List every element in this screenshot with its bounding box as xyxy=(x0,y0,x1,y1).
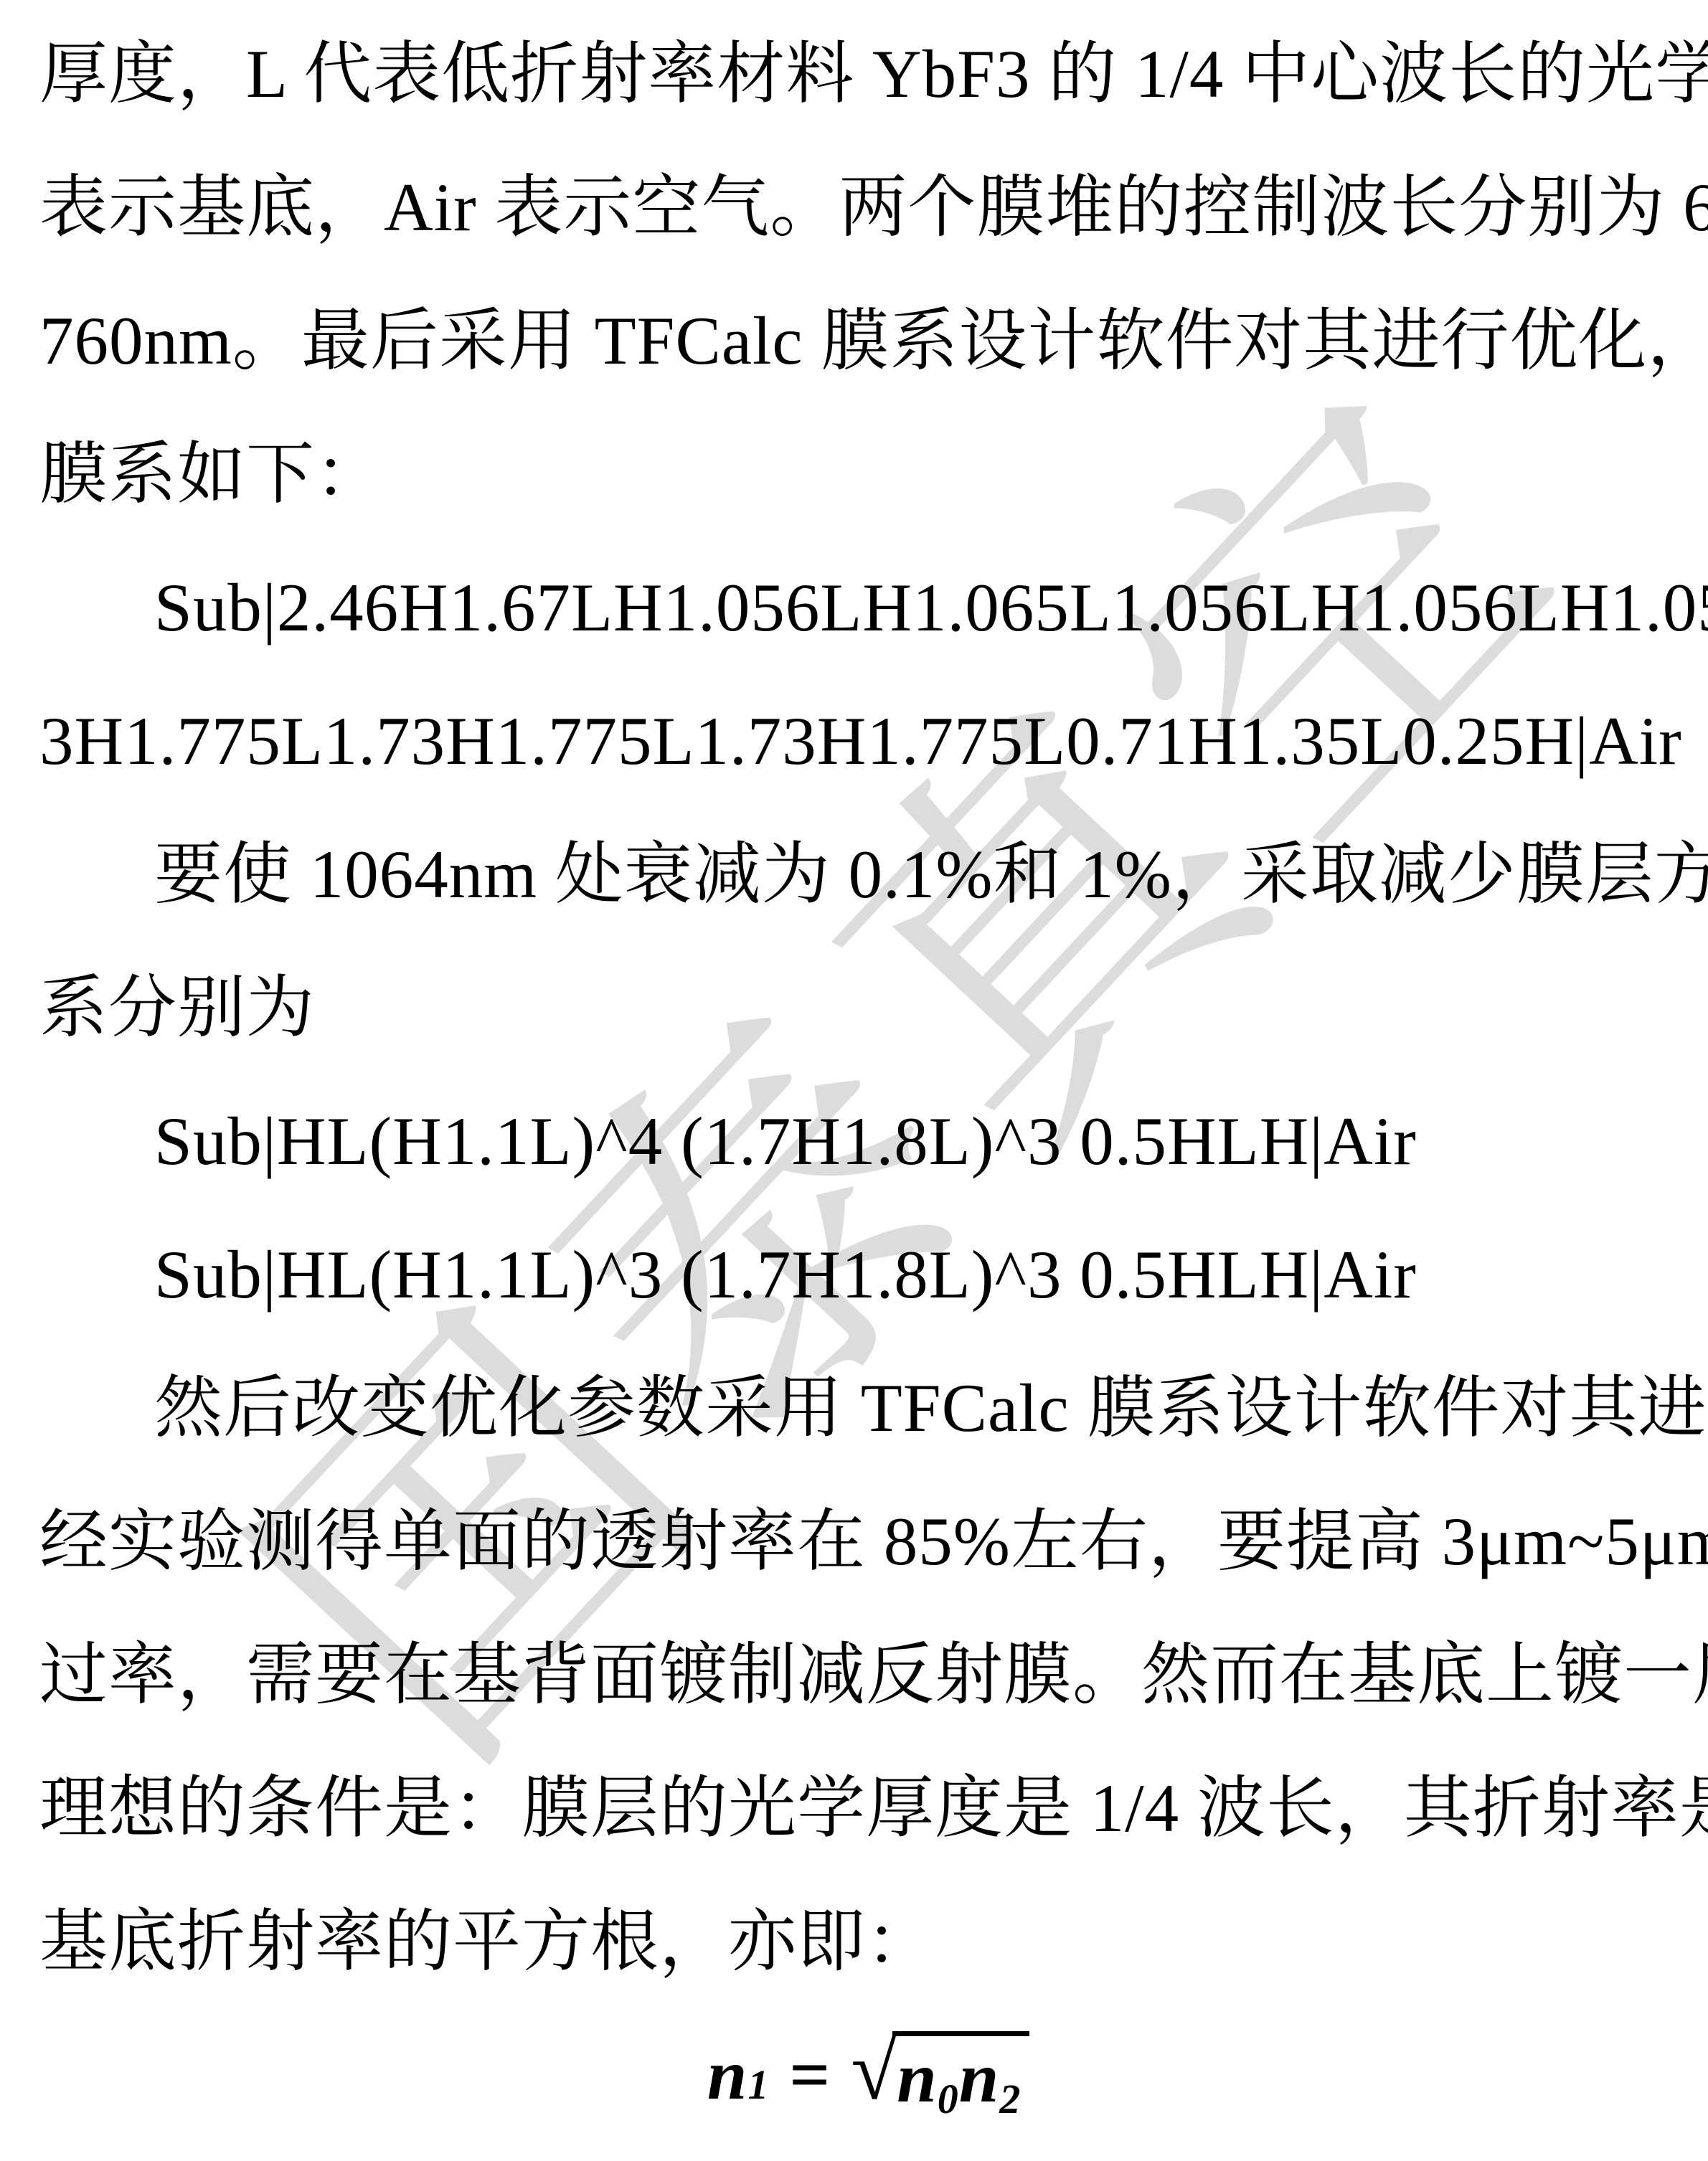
text-line-15: 基底折射率的平方根，亦即： xyxy=(39,1875,1697,2008)
text-line-1: 厚度，L 代表低折射率材料 YbF3 的 1/4 中心波长的光学厚度，Sub xyxy=(39,7,1697,141)
coating-formula-line-4: Sub|HL(H1.1L)^3 (1.7H1.8L)^3 0.5HLH|Air xyxy=(39,1208,1697,1341)
square-root-expression: √ n0n2 xyxy=(851,2031,1029,2119)
text-line-7: 要使 1064nm 处衰减为 0.1%和 1%，采取减少膜层方法得到膜 xyxy=(39,808,1697,941)
text-line-4: 膜系如下： xyxy=(39,407,1697,541)
coating-formula-line-3: Sub|HL(H1.1L)^4 (1.7H1.8L)^3 0.5HLH|Air xyxy=(39,1074,1697,1208)
text-line-12: 经实验测得单面的透射率在 85%左右，要提高 3μm~5μm 波段的透 xyxy=(39,1475,1697,1608)
text-line-3: 760nm。最后采用 TFCalc 膜系设计软件对其进行优化，优化后的 xyxy=(39,274,1697,407)
refractive-index-equation: n1 = √ n0n2 xyxy=(39,2008,1697,2142)
variable-n1: n xyxy=(707,2008,748,2142)
coating-formula-line-1: Sub|2.46H1.67LH1.056LH1.065L1.056LH1.056… xyxy=(39,541,1697,674)
document-page: 国泰真空 厚度，L 代表低折射率材料 YbF3 的 1/4 中心波长的光学厚度，… xyxy=(0,0,1708,2161)
subscript-0: 0 xyxy=(938,2076,959,2122)
text-line-11: 然后改变优化参数采用 TFCalc 膜系设计软件对其进行优化。 xyxy=(39,1341,1697,1475)
subscript-2: 2 xyxy=(999,2076,1021,2122)
text-line-13: 过率，需要在基背面镀制减反射膜。然而在基底上镀一层薄膜最 xyxy=(39,1608,1697,1741)
text-line-8: 系分别为 xyxy=(39,941,1697,1074)
radical-sign: √ xyxy=(851,2028,898,2113)
variable-n2: n xyxy=(959,2038,1000,2117)
radicand: n0n2 xyxy=(892,2031,1029,2119)
text-line-14: 理想的条件是：膜层的光学厚度是 1/4 波长，其折射率是介质和 xyxy=(39,1741,1697,1875)
text-line-2: 表示基底，Air 表示空气。两个膜堆的控制波长分别为 630nm 和 xyxy=(39,141,1697,274)
variable-n0: n xyxy=(897,2038,938,2117)
equals-sign: = xyxy=(789,2008,831,2142)
coating-formula-line-2: 3H1.775L1.73H1.775L1.73H1.775L0.71H1.35L… xyxy=(39,674,1697,808)
equation-lhs: n1 xyxy=(707,2008,770,2142)
document-body: 厚度，L 代表低折射率材料 YbF3 的 1/4 中心波长的光学厚度，Sub 表… xyxy=(0,0,1708,2142)
